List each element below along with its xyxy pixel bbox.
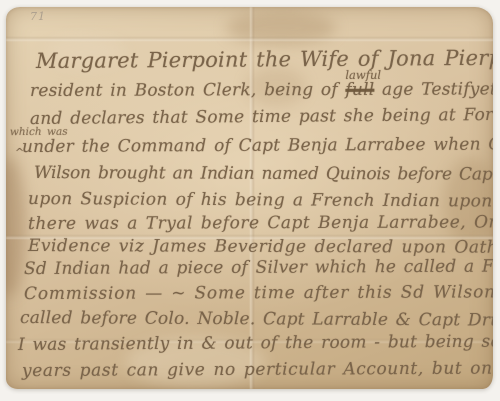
inserted-word-lawful: lawful: [345, 68, 381, 82]
manuscript-line-2: resident in Boston Clerk, being of lawfu…: [30, 79, 493, 101]
line-2-pre: resident in Boston Clerk, being of: [30, 80, 345, 101]
manuscript-line-12: I was transiently in & out of the room -…: [18, 331, 493, 355]
manuscript-line-9: Sd Indian had a piece of Silver which he…: [24, 256, 493, 279]
manuscript-line-1: Margaret Pierpoint the Wife of Jona Pier…: [36, 45, 493, 73]
margin-insertion-which-was: which was: [10, 126, 68, 138]
manuscript-line-10: Commission — ~ Some time after this Sd W…: [24, 282, 493, 304]
manuscript-line-3: and declares that Some time past she bei…: [30, 104, 493, 129]
manuscript-line-7: there was a Tryal before Capt Benja Larr…: [28, 212, 493, 234]
manuscript-line-8: Evidence viz James Beveridge declared up…: [28, 236, 493, 258]
manuscript-line-6: upon Suspicion of his being a French Ind…: [28, 189, 493, 212]
manuscript-text: Margaret Pierpoint the Wife of Jona Pier…: [6, 7, 493, 389]
manuscript-paper: 71 Margaret Pierpoint the Wife of Jona P…: [6, 7, 493, 389]
insertion-caret: ^: [15, 146, 24, 159]
line-4-text: under the Command of Capt Benja Larrabee…: [22, 134, 493, 157]
photo-background: 71 Margaret Pierpoint the Wife of Jona P…: [0, 0, 500, 401]
manuscript-line-4: which was^under the Command of Capt Benj…: [22, 134, 493, 157]
manuscript-line-11: called before Colo. Noble. Capt Larrable…: [20, 308, 493, 331]
manuscript-line-13: years past can give no perticular Accoun…: [22, 358, 493, 381]
manuscript-line-5: Wilson brought an Indian named Quinois b…: [34, 163, 493, 185]
struck-word-full: full: [345, 80, 374, 100]
insertion-lawful-wrap: lawfulfull: [345, 80, 374, 100]
line-2-post: age Testifyeth: [374, 79, 493, 99]
